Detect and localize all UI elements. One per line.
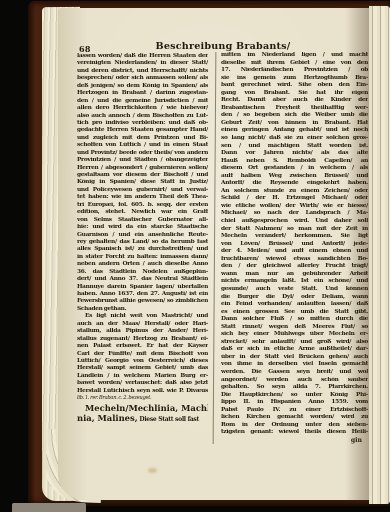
text-line: Provintzien / und Städten / obangezeigte… <box>77 157 208 164</box>
text-line: tich pro indiviso verbleiben: und daß ob… <box>77 120 208 127</box>
text-line: nen Palast erbawet. Er hat der Käyser <box>77 343 208 350</box>
page-edges-gutter <box>369 6 390 504</box>
text-line: lassen worden/ daß die Herren Staaten de… <box>77 53 208 60</box>
text-line: wie etliche wollen/ der Wirth/ wie er hi… <box>221 203 368 211</box>
text-line: der 4. Meilen/ und auff einem ebnen und <box>221 248 368 256</box>
running-header-title: Beschreibung Brabants/ <box>118 41 328 52</box>
text-line: Die Hauptkirchen/ so unter König Phi- <box>221 392 368 400</box>
text-line: allen dero Herrlichkeiten / wie hiebevor… <box>77 105 208 112</box>
text-line: werden. Die Gassen seyn breit/ und wol <box>221 369 368 377</box>
text-line: und Policeywesen gubernirt/ und verwal- <box>77 187 208 194</box>
text-line: lippo II. in Hispanien Anno 1559. vom <box>221 399 368 407</box>
text-line: strecket/ sehr anlaufft/ und groß wird/ … <box>221 339 368 347</box>
text-line: ein Feind vorhanden/ anlauffen lassen/ d… <box>221 301 368 309</box>
text-line: gang von Brabant. Sie hat ihr eigen <box>221 90 368 98</box>
text-line: gehalten. So seyn allda 7. Pfarrkirchen. <box>221 384 368 392</box>
text-line: der Statt Nahmen/ so man mit der Zeit in <box>221 226 368 234</box>
text-line: dert/ und Anno 37. das Neutral Städtlein <box>77 276 208 283</box>
text-line: Schaden gethan. <box>77 306 208 313</box>
text-line: lichen Kirchen gemacht worden/ wird zu <box>221 414 368 422</box>
text-line: Schild / der H. Ertzengel Michael/ oder <box>221 195 368 203</box>
text-line: von Löven/ Brüssel/ und Antorff/ jede- <box>221 241 368 249</box>
text-line: gesunde/ auch veste Statt. Und können <box>221 286 368 294</box>
text-line: und zugleich mit dem Printzen und Bi- <box>77 135 208 142</box>
text-line: neben andern Orten / auch dieselbe Anno <box>77 261 208 268</box>
table-surface <box>12 503 86 512</box>
text-line: einen geringen Anfang gehabt/ und ist no… <box>221 127 368 135</box>
text-line: Recht. Damit aber auch die Kinder der <box>221 97 368 105</box>
text-line: besprechen/ oder sich anmassen sollen/ a… <box>77 75 208 82</box>
foxing-spot <box>148 468 157 473</box>
text-line: hie: und wird da ein starcke Staatische <box>77 224 208 231</box>
text-line: Antorff/ die Reysende eingekehrt haben. <box>221 180 368 188</box>
text-line: tzigsten genant: wiewol theils diesen He… <box>221 429 368 437</box>
text-line: über in der Statt viel Brücken gehen/ au… <box>221 354 368 362</box>
text-line: auch an der Maas/ Herstall/ oder Hari- <box>77 321 208 328</box>
text-column-left: lassen worden/ daß die Herren Staaten de… <box>77 53 208 424</box>
text-line: und deren district, und Herrschafft/ nic… <box>77 68 208 75</box>
text-line: den / und die gemeine Jurisdictien / mit <box>77 98 208 105</box>
text-line: vereinigten Niederlanden/ in dieser Stat… <box>77 60 208 67</box>
text-line: Es ligt nicht weit von Mastricht/ und <box>77 313 208 320</box>
text-line: 17. Niederländischen Provintzien / ob <box>221 67 368 75</box>
text-line: bant gerechnet wird. Sihe oben den Ein- <box>221 82 368 90</box>
text-line: Herren / abgesondert / gubernieren solle… <box>77 165 208 172</box>
text-line: den / so begeben sich die Weiber umb die <box>221 112 368 120</box>
text-line: dieselbe mit ihrem Gebiet / eine von den <box>221 60 368 68</box>
text-line: sich bey einer Mühlwegs über Mecheln er- <box>221 331 368 339</box>
text-line: lib. 1. rer. Braban. c. 2. bezeuget. <box>77 395 208 402</box>
text-line: diesem Ort gestanden / in welchem / als <box>221 165 368 173</box>
text-line: Michael/ so nach der Landsprach / Ma- <box>221 210 368 218</box>
text-line: Dann vor Jahren nichts/ als das alte <box>221 150 368 158</box>
text-line: haben. Anno 1637. den 27. Augusti/ ist e… <box>77 291 208 298</box>
text-line: Pabst Paulo IV. zu einer Ertzbischoff- <box>221 407 368 415</box>
text-line: Rom in der Ordnung unter den sieben- <box>221 422 368 430</box>
text-line: sie ins gemein zum Hertzogthumb Bra- <box>221 75 368 83</box>
text-line: deß jenigen/ so dem König in Spanien/ al… <box>77 83 208 90</box>
text-line: von ihme in derselben viel Inseln gemach… <box>221 361 368 369</box>
text-line: rey gehalten/ das Land/ so da herumb fas… <box>77 239 208 246</box>
text-line: Geburt Zeit/ von hinnen in Brabant. Hat <box>221 120 368 128</box>
text-line: angeordnet/ werden auch schön sauber <box>221 377 368 385</box>
text-line: Lüttich/ Georgio von Oesterreich/ dieses <box>77 358 208 365</box>
catchword: gin <box>300 437 362 444</box>
text-line: Hertzogen in Brabant / darinn zugestan- <box>77 90 208 97</box>
text-line: und Provintz/ beede oder theils/ von and… <box>77 150 208 157</box>
text-line: tet haben: wie im andern Theil deß Thea- <box>77 194 208 201</box>
text-line: wann man nur an gebührender Arbeit <box>221 271 368 279</box>
text-line: es einen grossen See umb die Statt gibt. <box>221 309 368 317</box>
text-line: Herstall/ sampt seinem Gebiet/ umb das <box>77 365 208 372</box>
text-line: die Burger die Dyl/ oder Deliam, wann <box>221 294 368 302</box>
heading-tail-text: Diese Statt soll fast <box>138 416 199 423</box>
text-line: alles Spanisch ist/ zu durchstreiffen/ u… <box>77 246 208 253</box>
text-line: Brabantischen Freyheit theilhafftig wer- <box>221 105 368 113</box>
text-line: Fewersbrunst allhie gewesen/ so zimblich… <box>77 298 208 305</box>
text-line: bawet worden/ vertauschet: daß also jetz… <box>77 380 208 387</box>
text-line: nichts ermangeln läßt. Ist ein schöne/ u… <box>221 278 368 286</box>
text-line: in stäter Forcht zu halten: inmassen dan… <box>77 254 208 261</box>
text-line: Mecheln verändert/ herkommen. Sie ligt <box>221 233 368 241</box>
section-heading-line: nia, Malines, Diese Statt soll fast <box>77 413 208 424</box>
text-line: mitten im Niederland ligen / und macht <box>221 52 368 60</box>
text-line: An solchem stunde zu einem Zeichen/ oder <box>221 188 368 196</box>
text-line: gestaltsam vor diesem der Bischoff / und <box>77 172 208 179</box>
text-line: Ländlein / in welchem Marien Burg er- <box>77 373 208 380</box>
text-line: von Selms Staatischer Gubernator all- <box>77 217 208 224</box>
text-line: tri Europæi, fol. 605. b. seqq. der erst… <box>77 202 208 209</box>
text-line: Dann solcher Fluß / so mitten durch die <box>221 316 368 324</box>
text-line: gedachte Herren Staaten gesampter Hand/ <box>77 127 208 134</box>
text-line: stallus zugenant/ Hertzog zu Brabant/ ei… <box>77 336 208 343</box>
text-line: daß er sich in etliche Arme außtheilet/ … <box>221 346 368 354</box>
text-line: König in Spanien/ diese Statt in Justiz/ <box>77 179 208 186</box>
book-photo: 68 Beschreibung Brabants/ lassen worden/… <box>0 0 390 512</box>
text-line: Hauß neben S. Remboldi Capellen/ an <box>221 158 368 166</box>
text-line: edition, stehet. Newlich war ein Graff <box>77 209 208 216</box>
text-line: Guarnison / und ein ansehnliche Reute- <box>77 232 208 239</box>
text-line: Herstall Lütichisch seyn soll. wie P. Di… <box>77 388 208 395</box>
text-line: 36. das Städtlein Nodelen außgeplün- <box>77 269 208 276</box>
text-line: fruchtbaren/ wiewol etwas sandichten Bo- <box>221 256 368 264</box>
text-line: chiel außgesprochen wird. Und daher soll <box>221 218 368 226</box>
text-line: so lang nicht/ daß sie zu einer solchen … <box>221 135 368 143</box>
text-line: sen / und mächtigen Statt worden ist. <box>221 143 368 151</box>
text-line: schoffen von Lüttich / und in einen Staa… <box>77 142 208 149</box>
text-line: Hannuye darein Spanier lagen/ überfallen <box>77 284 208 291</box>
text-line: Carl der Fünffte/ mit dem Bischoff von <box>77 351 208 358</box>
text-line: den / der gleichwol allerley Frucht träg… <box>221 263 368 271</box>
text-line: Statt rinnet/ wegen deß Meeres Flut/ so <box>221 324 368 332</box>
text-line: also auch annoch / dem Bischoffen zu Lüt… <box>77 113 208 120</box>
text-column-right: mitten im Niederland ligen / und machtdi… <box>221 52 368 437</box>
section-heading-line: Mecheln/Mechlinia, Machli- <box>77 403 208 414</box>
text-line: stallum, allda Pipinus der Ander/ Heri- <box>77 328 208 335</box>
text-line: auff halben Weg zwischen Brüssel/ und <box>221 173 368 181</box>
